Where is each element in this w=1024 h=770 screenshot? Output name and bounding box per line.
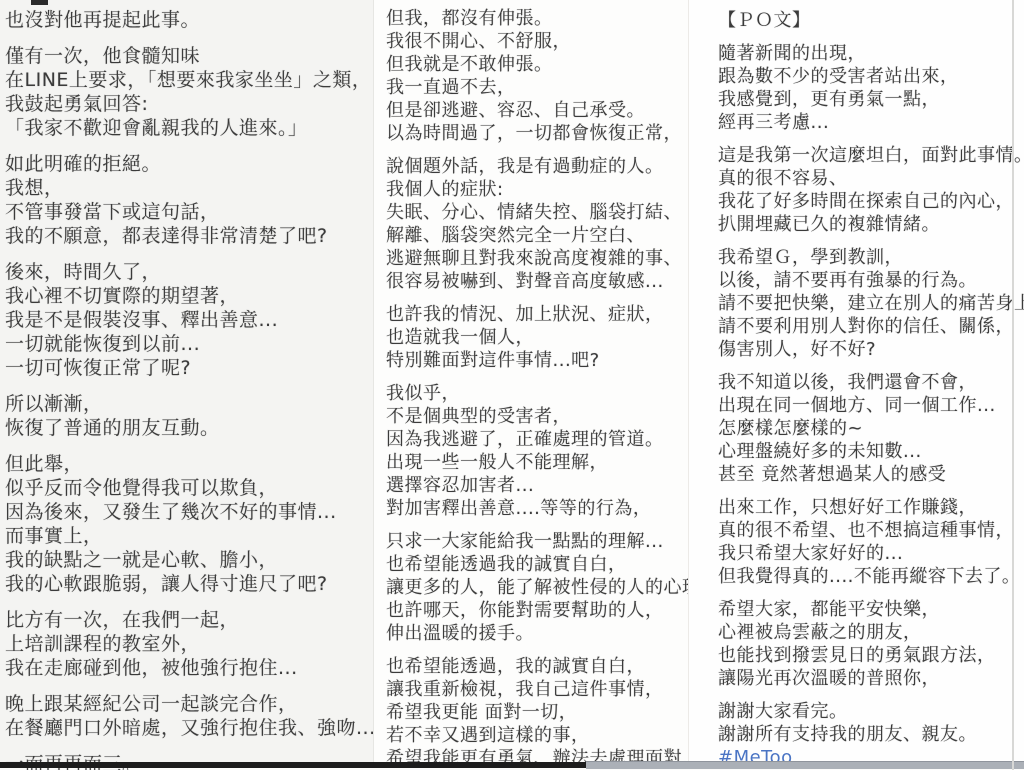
paragraph: 也沒對他再提起此事。 <box>5 8 373 32</box>
text-line: 所以漸漸， <box>5 392 373 416</box>
text-line: 我很不開心、不舒服， <box>386 30 688 53</box>
text-line: 以後，請不要再有強暴的行為。 <box>718 269 1024 292</box>
text-line: 不管事發當下或這句話， <box>5 200 373 224</box>
paragraph: 比方有一次，在我們一起，上培訓課程的教室外，我在走廊碰到他，被他強行抱住... <box>5 608 373 680</box>
text-line: 隨著新聞的出現， <box>718 42 1024 65</box>
text-line: 出來工作，只想好好工作賺錢， <box>718 496 1024 519</box>
text-line: 很容易被嚇到、對聲音高度敏感... <box>386 270 688 293</box>
paragraph: 但此舉，似乎反而令他覺得我可以欺負，因為後來，又發生了幾次不好的事情...而事實… <box>5 452 373 596</box>
paragraph: 後來，時間久了，我心裡不切實際的期望著，我是不是假裝沒事、釋出善意...一切就能… <box>5 260 373 380</box>
text-line: 伸出溫暖的援手。 <box>386 622 688 645</box>
text-line: 但我覺得真的....不能再縱容下去了。 <box>718 565 1024 588</box>
text-line: 我的不願意，都表達得非常清楚了吧? <box>5 224 373 248</box>
text-line: 心裡被烏雲蔽之的朋友， <box>718 621 1024 644</box>
text-line: 我不知道以後，我們還會不會， <box>718 371 1024 394</box>
text-line: 比方有一次，在我們一起， <box>5 608 373 632</box>
text-line: 我似乎， <box>386 382 688 405</box>
text-line: 如此明確的拒絕。 <box>5 152 373 176</box>
text-line: 上培訓課程的教室外， <box>5 632 373 656</box>
text-line: 讓我重新檢視，我自己這件事情， <box>386 678 688 701</box>
text-line: 跟為數不少的受害者站出來， <box>718 65 1024 88</box>
text-line: 謝謝大家看完。 <box>718 700 1024 723</box>
text-line: 說個題外話，我是有過動症的人。 <box>386 155 688 178</box>
window-bottom-edge-gray <box>586 761 1024 769</box>
text-line: 解離、腦袋突然完全一片空白、 <box>386 224 688 247</box>
paragraph: 只求一大家能給我一點點的理解...也希望能透過我的誠實自白，讓更多的人，能了解被… <box>386 530 688 645</box>
text-line: 讓更多的人，能了解被性侵的人的心理， <box>386 576 688 599</box>
paragraph: 晚上跟某經紀公司一起談完合作，在餐廳門口外暗處，又強行抱住我、強吻... <box>5 692 373 740</box>
text-line: 我的缺點之一就是心軟、膽小， <box>5 548 373 572</box>
text-line: 希望我更能 面對一切， <box>386 701 688 724</box>
text-line: 希望大家，都能平安快樂， <box>718 598 1024 621</box>
post-column-right: 【ＰＯ文】隨著新聞的出現，跟為數不少的受害者站出來，我感覺到，更有勇氣一點，經再… <box>688 0 1024 762</box>
text-line: 讓陽光再次溫暖的普照你， <box>718 667 1024 690</box>
text-line: 也能找到撥雲見日的勇氣跟方法， <box>718 644 1024 667</box>
text-line: 真的很不容易、 <box>718 167 1024 190</box>
text-line: 選擇容忍加害者... <box>386 474 688 497</box>
paragraph: 隨著新聞的出現，跟為數不少的受害者站出來，我感覺到，更有勇氣一點，經再三考慮..… <box>718 42 1024 134</box>
text-line: 僅有一次，他食髓知味 <box>5 44 373 68</box>
text-line: 心理盤繞好多的未知數... <box>718 440 1024 463</box>
text-line: 若不幸又遇到這樣的事， <box>386 724 688 747</box>
text-line: 我花了好多時間在探索自己的內心， <box>718 190 1024 213</box>
text-line: 也希望能透過，我的誠實自白， <box>386 655 688 678</box>
post-column-middle: 但我，都沒有伸張。我很不開心、不舒服，但我就是不敢伸張。我一直過不去，但是卻逃避… <box>373 0 688 762</box>
text-line: 我希望Ｇ，學到教訓， <box>718 246 1024 269</box>
text-line: 我是不是假裝沒事、釋出善意... <box>5 308 373 332</box>
text-line: 在餐廳門口外暗處，又強行抱住我、強吻... <box>5 716 373 740</box>
text-line: 我想， <box>5 176 373 200</box>
text-line: 似乎反而令他覺得我可以欺負， <box>5 476 373 500</box>
text-line: 經再三考慮... <box>718 111 1024 134</box>
text-line: 謝謝所有支持我的朋友、親友。 <box>718 723 1024 746</box>
paragraph: 出來工作，只想好好工作賺錢，真的很不希望、也不想搞這種事情，我只希望大家好好的.… <box>718 496 1024 588</box>
window-border-right <box>1012 0 1014 770</box>
text-line: 也許哪天，你能對需要幫助的人， <box>386 599 688 622</box>
text-line: 我的心軟跟脆弱，讓人得寸進尺了吧? <box>5 572 373 596</box>
text-line: 請不要利用別人對你的信任、關係， <box>718 315 1024 338</box>
paragraph: 我希望Ｇ，學到教訓，以後，請不要再有強暴的行為。請不要把快樂，建立在別人的痛苦身… <box>718 246 1024 361</box>
text-line: 我在走廊碰到他，被他強行抱住... <box>5 656 373 680</box>
text-line: 晚上跟某經紀公司一起談完合作， <box>5 692 373 716</box>
text-line: 一切可恢復正常了呢? <box>5 356 373 380</box>
paragraph: 也希望能透過，我的誠實自白，讓我重新檢視，我自己這件事情，希望我更能 面對一切，… <box>386 655 688 770</box>
text-line: 但此舉， <box>5 452 373 476</box>
paragraph: 如此明確的拒絕。我想，不管事發當下或這句話，我的不願意，都表達得非常清楚了吧? <box>5 152 373 248</box>
paragraph: 這是我第一次這麼坦白，面對此事情。真的很不容易、我花了好多時間在探索自己的內心，… <box>718 144 1024 236</box>
paragraph: 我不知道以後，我們還會不會，出現在同一個地方、同一個工作...怎麼樣怎麼樣的~心… <box>718 371 1024 486</box>
text-line: 而事實上， <box>5 524 373 548</box>
post-column-left: 也沒對他再提起此事。僅有一次，他食髓知味在LINE上要求，「想要來我家坐坐」之類… <box>0 0 373 762</box>
text-line: 傷害別人，好不好? <box>718 338 1024 361</box>
text-line: 恢復了普通的朋友互動。 <box>5 416 373 440</box>
cropped-text-fragment <box>31 0 48 5</box>
paragraph: 說個題外話，我是有過動症的人。我個人的症狀:失眠、分心、情緒失控、腦袋打結、解離… <box>386 155 688 293</box>
text-line: 真的很不希望、也不想搞這種事情， <box>718 519 1024 542</box>
text-line: 出現在同一個地方、同一個工作... <box>718 394 1024 417</box>
text-line: 我一直過不去， <box>386 76 688 99</box>
text-line: 逃避無聊且對我來說高度複雜的事、 <box>386 247 688 270</box>
text-line: 但我，都沒有伸張。 <box>386 7 688 30</box>
text-line: 請不要把快樂，建立在別人的痛苦身上 <box>718 292 1024 315</box>
paragraph: 我似乎，不是個典型的受害者，因為我逃避了，正確處理的管道。出現一些一般人不能理解… <box>386 382 688 520</box>
text-line: 扒開埋藏已久的複雜情緒。 <box>718 213 1024 236</box>
text-line: 出現一些一般人不能理解， <box>386 451 688 474</box>
paragraph: 所以漸漸，恢復了普通的朋友互動。 <box>5 392 373 440</box>
text-line: 這是我第一次這麼坦白，面對此事情。 <box>718 144 1024 167</box>
text-line: 我個人的症狀: <box>386 178 688 201</box>
text-line: 只求一大家能給我一點點的理解... <box>386 530 688 553</box>
text-line: 對加害釋出善意....等等的行為， <box>386 497 688 520</box>
text-line: 不是個典型的受害者， <box>386 405 688 428</box>
text-line: 我鼓起勇氣回答: <box>5 92 373 116</box>
text-line: 但我就是不敢伸張。 <box>386 53 688 76</box>
text-line: 因為我逃避了，正確處理的管道。 <box>386 428 688 451</box>
text-line: 以為時間過了，一切都會恢復正常， <box>386 122 688 145</box>
text-line: 【ＰＯ文】 <box>718 9 1024 32</box>
paragraph: 【ＰＯ文】 <box>718 9 1024 32</box>
paragraph: 謝謝大家看完。謝謝所有支持我的朋友、親友。#MeToo <box>718 700 1024 769</box>
paragraph: 希望大家，都能平安快樂，心裡被烏雲蔽之的朋友，也能找到撥雲見日的勇氣跟方法，讓陽… <box>718 598 1024 690</box>
text-line: 在LINE上要求，「想要來我家坐坐」之類， <box>5 68 373 92</box>
paragraph: 僅有一次，他食髓知味在LINE上要求，「想要來我家坐坐」之類，我鼓起勇氣回答:「… <box>5 44 373 140</box>
text-line: 也希望能透過我的誠實自白， <box>386 553 688 576</box>
text-line: 甚至 竟然著想過某人的感受 <box>718 463 1024 486</box>
text-line: 一切就能恢復到以前... <box>5 332 373 356</box>
text-line: 特別難面對這件事情...吧? <box>386 349 688 372</box>
text-line: 因為後來，又發生了幾次不好的事情... <box>5 500 373 524</box>
text-line: 我心裡不切實際的期望著， <box>5 284 373 308</box>
text-line: 後來，時間久了， <box>5 260 373 284</box>
text-line: 也沒對他再提起此事。 <box>5 8 373 32</box>
text-line: 但是卻逃避、容忍、自己承受。 <box>386 99 688 122</box>
text-line: 也許我的情況、加上狀況、症狀， <box>386 303 688 326</box>
paragraph: 但我，都沒有伸張。我很不開心、不舒服，但我就是不敢伸張。我一直過不去，但是卻逃避… <box>386 7 688 145</box>
text-line: 失眠、分心、情緒失控、腦袋打結、 <box>386 201 688 224</box>
paragraph: 也許我的情況、加上狀況、症狀，也造就我一個人，特別難面對這件事情...吧? <box>386 303 688 372</box>
text-line: 怎麼樣怎麼樣的~ <box>718 417 1024 440</box>
text-line: 我感覺到，更有勇氣一點， <box>718 88 1024 111</box>
text-line: 我只希望大家好好的... <box>718 542 1024 565</box>
text-line: 也造就我一個人， <box>386 326 688 349</box>
text-line: 「我家不歡迎會亂親我的人進來。」 <box>5 116 373 140</box>
window-bottom-edge-dark <box>0 762 586 768</box>
